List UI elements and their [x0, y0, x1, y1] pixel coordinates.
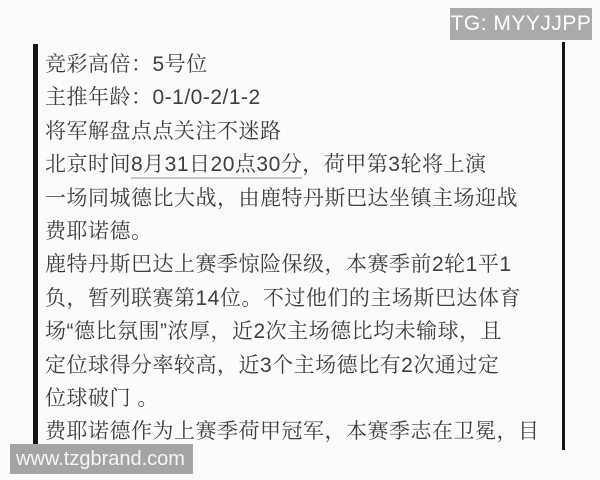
line-text: 费耶诺德。: [45, 220, 153, 243]
line-text: 负，暂列联赛第14位。不过他们的主场斯巴达体育: [45, 287, 521, 310]
line-text: 费耶诺德作为上赛季荷甲冠军，本赛季志在卫冕，目: [45, 420, 540, 443]
article-line: 费耶诺德。: [45, 215, 550, 248]
article-line-with-underline: 北京时间8月31日20点30分，荷甲第3轮将上演: [45, 148, 550, 181]
article-line: 主推年龄：0-1/0-2/1-2: [45, 81, 550, 114]
right-border-bar: [562, 42, 565, 450]
line-text: 定位球得分率较高，近3个主场德比有2次通过定: [45, 354, 499, 377]
telegram-contact-badge: TG: MYYJJPP: [450, 8, 592, 40]
article-line: 场“德比氛围”浓厚，近2次主场德比均未输球，且: [45, 315, 550, 348]
article-line: 位球破门 。: [45, 382, 550, 415]
line-text: 场“德比氛围”浓厚，近2次主场德比均未输球，且: [45, 320, 502, 343]
article-line: 一场同城德比大战，由鹿特丹斯巴达坐镇主场迎战: [45, 182, 550, 215]
article-line: 负，暂列联赛第14位。不过他们的主场斯巴达体育: [45, 282, 550, 315]
article-line: 定位球得分率较高，近3个主场德比有2次通过定: [45, 349, 550, 382]
line-text: 将军解盘点点关注不迷路: [45, 120, 282, 143]
line-text: 一场同城德比大战，由鹿特丹斯巴达坐镇主场迎战: [45, 187, 518, 210]
line-text: 位球破门 。: [45, 387, 159, 410]
line-text: 鹿特丹斯巴达上赛季惊险保级，本赛季前2轮1平1: [45, 253, 512, 276]
article-text-block: 竞彩高倍：5号位 主推年龄：0-1/0-2/1-2 将军解盘点点关注不迷路 北京…: [45, 48, 550, 449]
website-watermark: www.tzgbrand.com: [10, 444, 193, 474]
left-border-bar: [33, 44, 38, 450]
article-line: 将军解盘点点关注不迷路: [45, 115, 550, 148]
line-text: 竞彩高倍：5号位: [45, 53, 208, 76]
screenshot-page: TG: MYYJJPP 竞彩高倍：5号位 主推年龄：0-1/0-2/1-2 将军…: [0, 0, 600, 480]
line-text-suffix: ，荷甲第3轮将上演: [302, 153, 486, 176]
article-line: 竞彩高倍：5号位: [45, 48, 550, 81]
underlined-date-text: 8月31日20点30分: [131, 153, 302, 179]
article-line: 鹿特丹斯巴达上赛季惊险保级，本赛季前2轮1平1: [45, 248, 550, 281]
line-text-prefix: 北京时间: [45, 153, 131, 176]
line-text: 主推年龄：0-1/0-2/1-2: [45, 86, 261, 109]
